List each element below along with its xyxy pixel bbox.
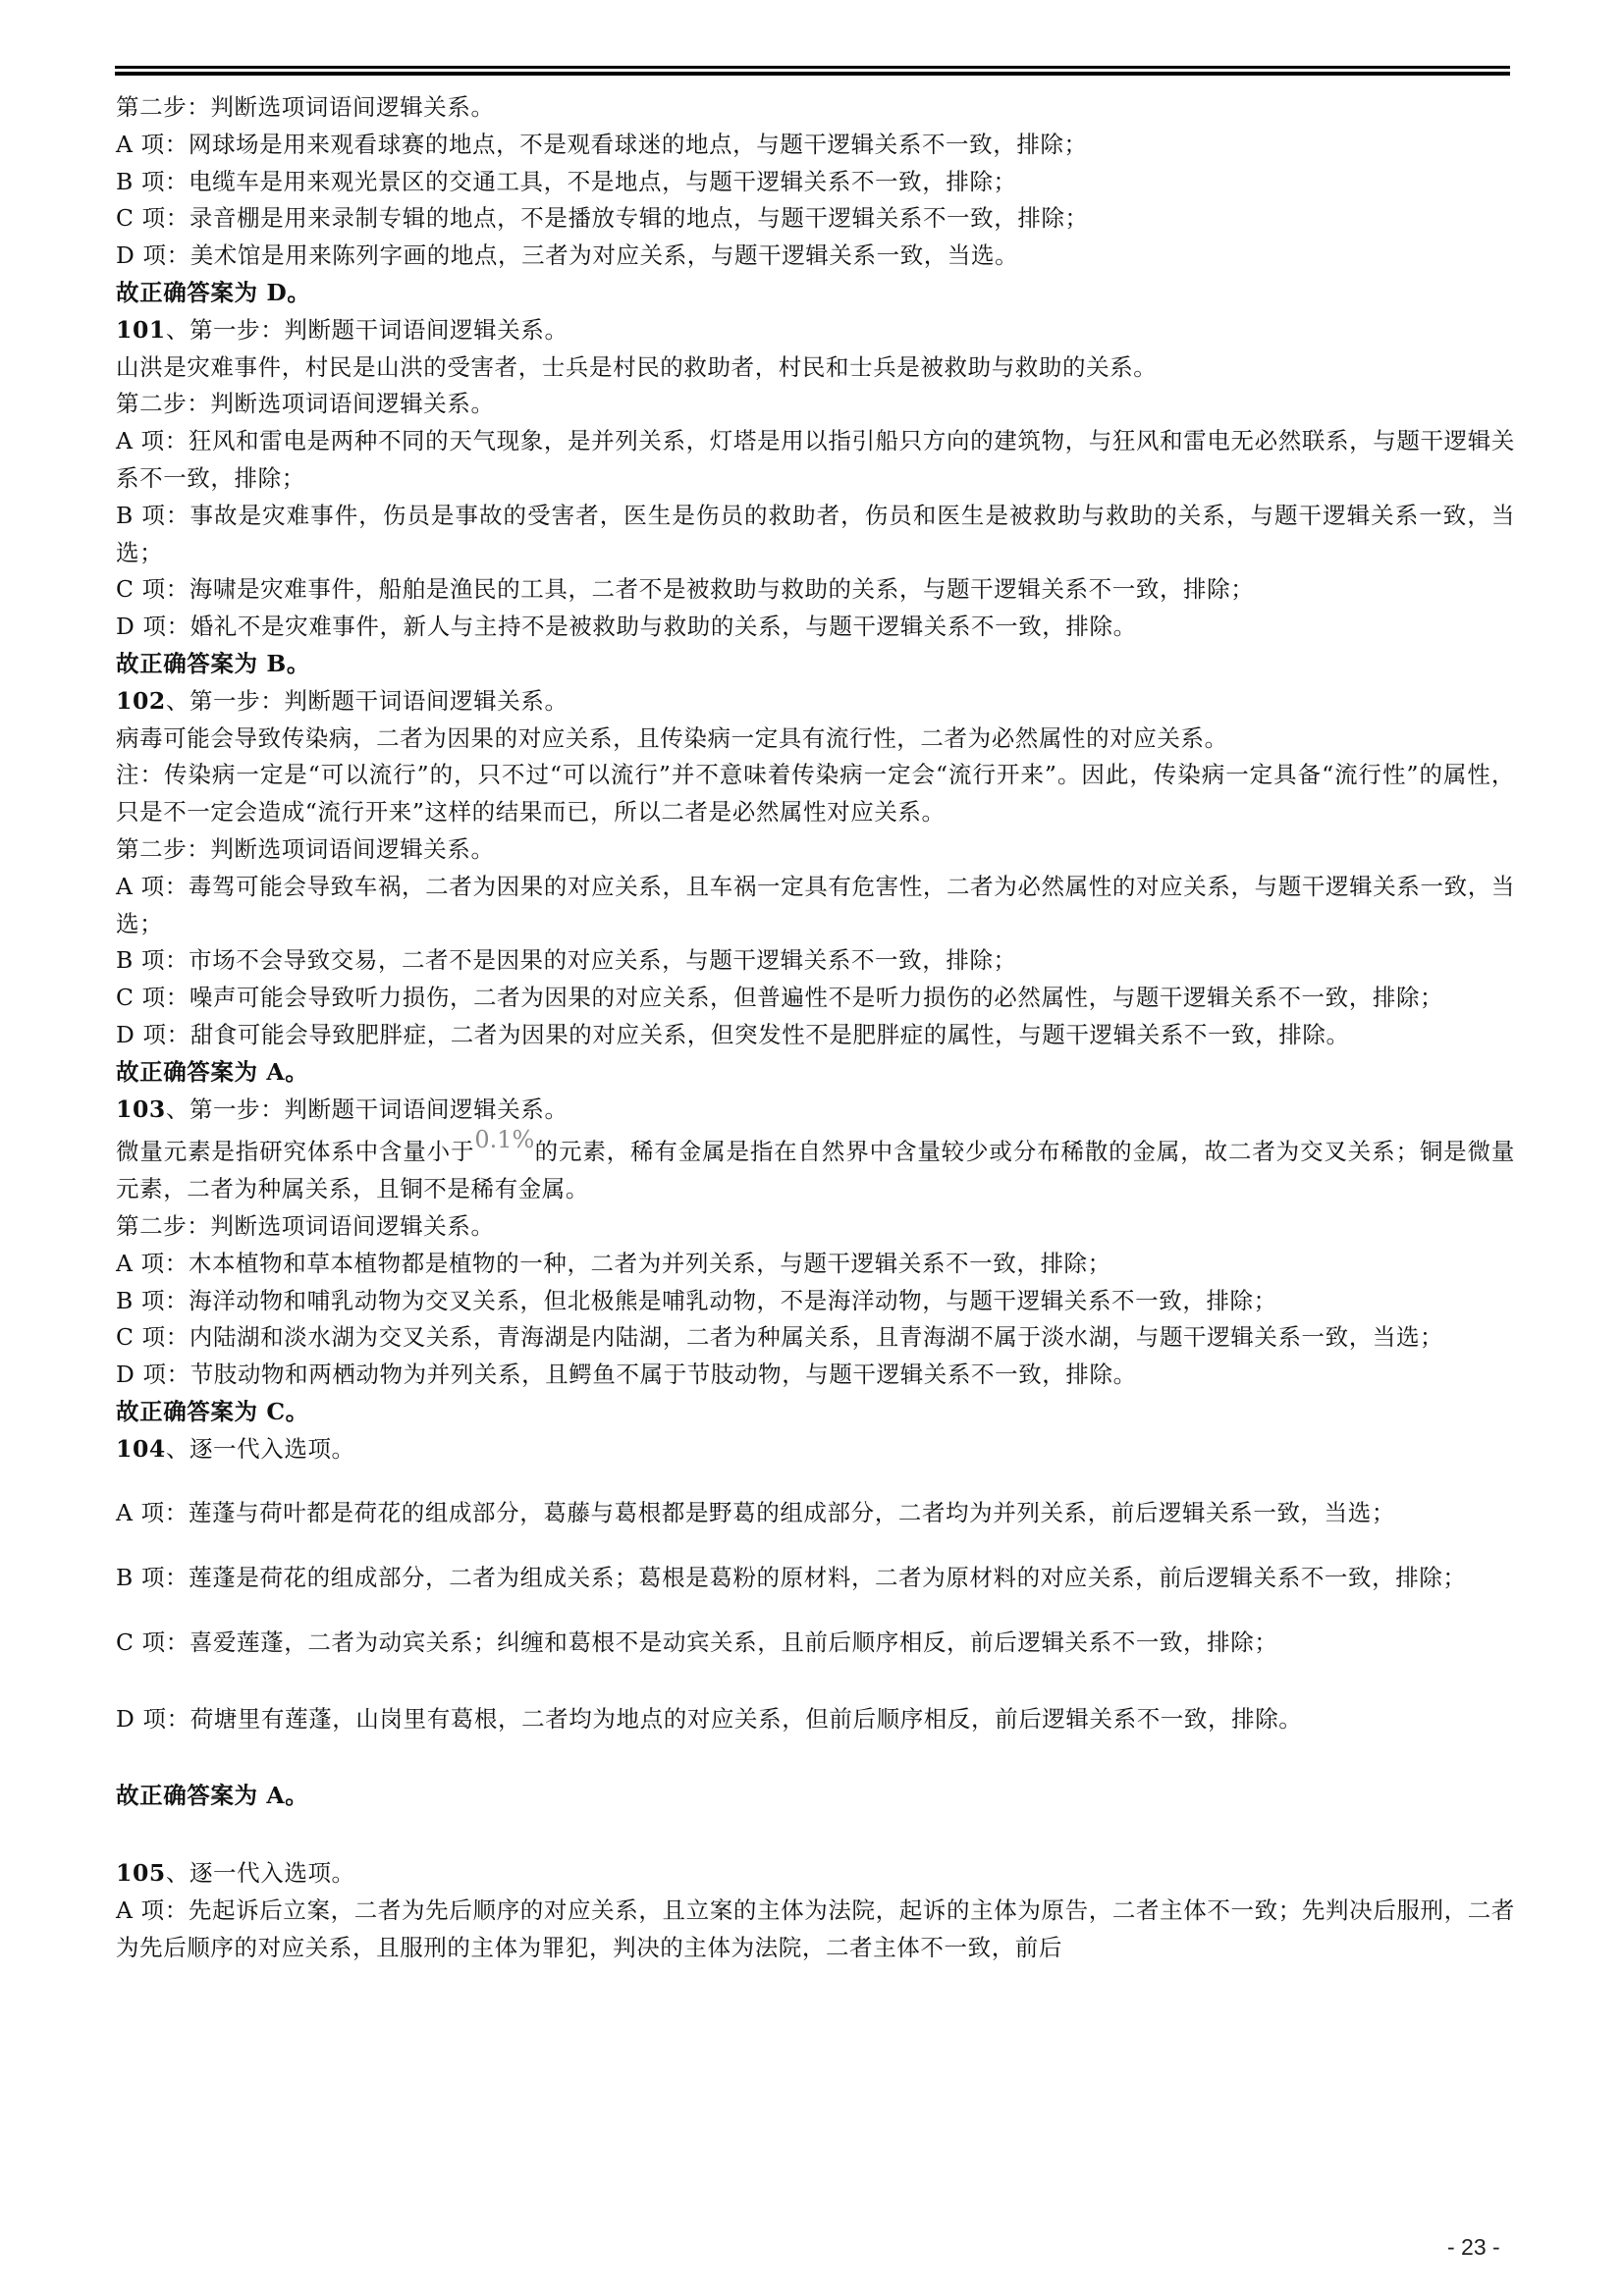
- q102-note: 注：传染病一定是“可以流行”的，只不过“可以流行”并不意味着传染病一定会“流行开…: [116, 757, 1515, 831]
- q100-option-d: D 项：美术馆是用来陈列字画的地点，三者为对应关系，与题干逻辑关系一致，当选。: [116, 238, 1515, 275]
- q104-answer: 故正确答案为 A。: [116, 1778, 1515, 1815]
- q100-option-a: A 项：网球场是用来观看球赛的地点，不是观看球迷的地点，与题干逻辑关系不一致，排…: [116, 127, 1515, 164]
- q105-intro: 105、逐一代入选项。: [116, 1855, 1515, 1893]
- q101-option-b: B 项：事故是灾难事件，伤员是事故的受害者，医生是伤员的救助者，伤员和医生是被救…: [116, 498, 1515, 572]
- q102-step2: 第二步：判断选项词语间逻辑关系。: [116, 831, 1515, 869]
- q100-answer: 故正确答案为 D。: [116, 275, 1515, 312]
- header-rule-thick: [115, 72, 1510, 76]
- q104-option-a: A 项：莲蓬与荷叶都是荷花的组成部分，葛藤与葛根都是野葛的组成部分，二者均为并列…: [116, 1495, 1515, 1532]
- question-number: 102: [116, 687, 166, 715]
- q101-option-c: C 项：海啸是灾难事件，船舶是渔民的工具，二者不是被救助与救助的关系，与题干逻辑…: [116, 571, 1515, 609]
- q104-intro-text: 、逐一代入选项。: [166, 1435, 355, 1463]
- q100-option-c: C 项：录音棚是用来录制专辑的地点，不是播放专辑的地点，与题干逻辑关系不一致，排…: [116, 200, 1515, 238]
- formula-image: 0.1%: [474, 1126, 534, 1153]
- q104-option-b: B 项：莲蓬是荷花的组成部分，二者为组成关系；葛根是葛粉的原材料，二者为原材料的…: [116, 1560, 1515, 1597]
- page-number: - 23 -: [1447, 2234, 1500, 2261]
- q102-answer: 故正确答案为 A。: [116, 1054, 1515, 1092]
- q102-step1-text: 、第一步：判断题干词语间逻辑关系。: [166, 687, 568, 715]
- q103-answer: 故正确答案为 C。: [116, 1394, 1515, 1431]
- question-number: 103: [116, 1095, 166, 1123]
- q104-option-d: D 项：荷塘里有莲蓬，山岗里有葛根，二者均为地点的对应关系，但前后顺序相反，前后…: [116, 1701, 1515, 1738]
- q102-option-c: C 项：噪声可能会导致听力损伤，二者为因果的对应关系，但普遍性不是听力损伤的必然…: [116, 980, 1515, 1017]
- q101-option-d: D 项：婚礼不是灾难事件，新人与主持不是被救助与救助的关系，与题干逻辑关系不一致…: [116, 609, 1515, 646]
- q103-analysis-pre: 微量元素是指研究体系中含量小于: [116, 1138, 474, 1165]
- q105-intro-text: 、逐一代入选项。: [166, 1859, 355, 1887]
- q105-option-a: A 项：先起诉后立案，二者为先后顺序的对应关系，且立案的主体为法院，起诉的主体为…: [116, 1893, 1515, 1967]
- q101-step1: 101、第一步：判断题干词语间逻辑关系。: [116, 312, 1515, 349]
- q102-step1: 102、第一步：判断题干词语间逻辑关系。: [116, 683, 1515, 721]
- q104-intro: 104、逐一代入选项。: [116, 1431, 1515, 1468]
- question-number: 101: [116, 316, 166, 344]
- q103-step2: 第二步：判断选项词语间逻辑关系。: [116, 1208, 1515, 1246]
- q101-analysis: 山洪是灾难事件，村民是山洪的受害者，士兵是村民的救助者，村民和士兵是被救助与救助…: [116, 349, 1515, 387]
- q103-option-b: B 项：海洋动物和哺乳动物为交叉关系，但北极熊是哺乳动物，不是海洋动物，与题干逻…: [116, 1283, 1515, 1320]
- q103-option-d: D 项：节肢动物和两栖动物为并列关系，且鳄鱼不属于节肢动物，与题干逻辑关系不一致…: [116, 1357, 1515, 1394]
- q100-step2: 第二步：判断选项词语间逻辑关系。: [116, 89, 1515, 127]
- q102-option-b: B 项：市场不会导致交易，二者不是因果的对应关系，与题干逻辑关系不一致，排除；: [116, 942, 1515, 980]
- q104-option-c: C 项：喜爱莲蓬，二者为动宾关系；纠缠和葛根不是动宾关系，且前后顺序相反，前后逻…: [116, 1625, 1515, 1662]
- question-number: 104: [116, 1435, 166, 1463]
- q100-option-b: B 项：电缆车是用来观光景区的交通工具，不是地点，与题干逻辑关系不一致，排除；: [116, 164, 1515, 201]
- document-body: 第二步：判断选项词语间逻辑关系。 A 项：网球场是用来观看球赛的地点，不是观看球…: [116, 89, 1515, 1967]
- q101-step1-text: 、第一步：判断题干词语间逻辑关系。: [166, 316, 568, 344]
- q101-answer: 故正确答案为 B。: [116, 646, 1515, 683]
- q103-step1-text: 、第一步：判断题干词语间逻辑关系。: [166, 1095, 568, 1123]
- q102-analysis: 病毒可能会导致传染病，二者为因果的对应关系，且传染病一定具有流行性，二者为必然属…: [116, 721, 1515, 758]
- q102-option-a: A 项：毒驾可能会导致车祸，二者为因果的对应关系，且车祸一定具有危害性，二者为必…: [116, 869, 1515, 943]
- q102-option-d: D 项：甜食可能会导致肥胖症，二者为因果的对应关系，但突发性不是肥胖症的属性，与…: [116, 1017, 1515, 1054]
- header-rule-thin: [115, 66, 1510, 69]
- question-number: 105: [116, 1859, 166, 1887]
- q101-option-a: A 项：狂风和雷电是两种不同的天气现象，是并列关系，灯塔是用以指引船只方向的建筑…: [116, 423, 1515, 498]
- q103-option-c: C 项：内陆湖和淡水湖为交叉关系，青海湖是内陆湖，二者为种属关系，且青海湖不属于…: [116, 1319, 1515, 1357]
- q103-option-a: A 项：木本植物和草本植物都是植物的一种，二者为并列关系，与题干逻辑关系不一致，…: [116, 1246, 1515, 1283]
- q101-step2: 第二步：判断选项词语间逻辑关系。: [116, 386, 1515, 423]
- q103-analysis: 微量元素是指研究体系中含量小于0.1%的元素，稀有金属是指在自然界中含量较少或分…: [116, 1134, 1515, 1208]
- q103-step1: 103、第一步：判断题干词语间逻辑关系。: [116, 1092, 1515, 1129]
